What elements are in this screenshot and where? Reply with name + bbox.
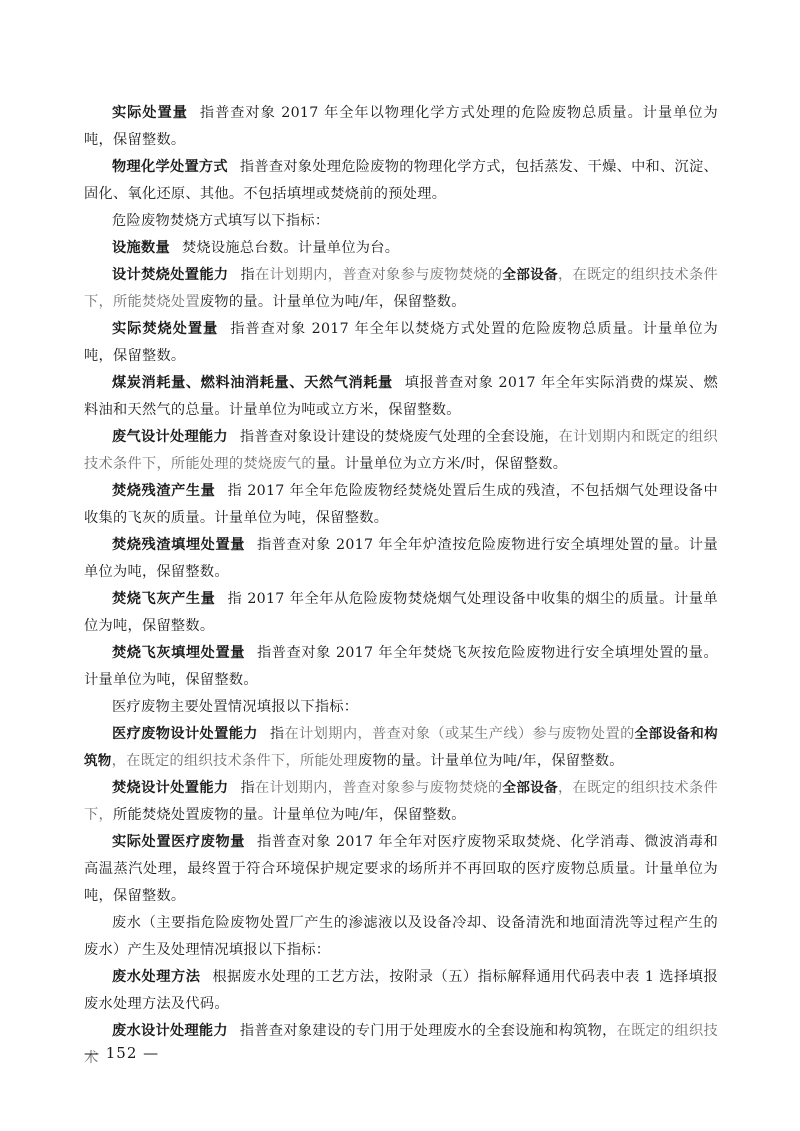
term-label: 医疗废物设计处置能力 <box>112 726 258 742</box>
term-label: 设计焚烧处置能力 <box>112 267 228 283</box>
text-segment: 焚烧设施总台数。计量单位为台。 <box>182 240 399 256</box>
definition-paragraph: 实际处置医疗废物量指普查对象 2017 年全年对医疗废物采取焚烧、化学消毒、微波… <box>84 829 718 910</box>
text-segment: 指普查对象建设的专门用于处理废水的全套设施和构筑物， <box>240 1023 617 1039</box>
text-segment: 指 <box>270 726 285 742</box>
term-label: 焚烧残渣填埋处置量 <box>112 537 245 553</box>
term-label: 物理化学处置方式 <box>112 159 228 175</box>
term-label: 实际处置医疗废物量 <box>112 834 245 850</box>
text-segment: 在计划期内，普查对象参与废物焚烧的 <box>255 267 502 283</box>
text-segment: 在计划期内，普查对象（或某生产线）参与废物处置的 <box>285 726 635 742</box>
document-body: 实际处置量指普查对象 2017 年全年以物理化学方式处理的危险废物总质量。计量单… <box>84 100 718 1072</box>
term-label: 实际焚烧处置量 <box>112 321 218 337</box>
section-intro: 危险废物焚烧方式填写以下指标： <box>84 208 718 235</box>
term-label: 废水处理方法 <box>112 969 200 985</box>
text-segment: 废物的量。计量单位为吨/年，保留整数。 <box>358 753 624 769</box>
text-segment: 指 <box>240 780 255 796</box>
text-segment: 指普查对象设计建设的焚烧废气处理的全套设施， <box>240 429 559 445</box>
text-segment: 废水（主要指危险废物处置厂产生的渗滤液以及设备冷却、设备清洗和地面清洗等过程产生… <box>84 915 718 958</box>
text-segment: 危险废物焚烧方式填写以下指标： <box>112 213 329 229</box>
definition-paragraph: 焚烧残渣产生量指 2017 年全年危险废物经焚烧处置后生成的残渣，不包括烟气处理… <box>84 478 718 532</box>
term-label: 焚烧飞灰产生量 <box>112 591 215 607</box>
definition-paragraph: 医疗废物设计处置能力指在计划期内，普查对象（或某生产线）参与废物处置的全部设备和… <box>84 721 718 775</box>
definition-paragraph: 焚烧飞灰填埋处置量指普查对象 2017 年全年焚烧飞灰按危险废物进行安全填埋处置… <box>84 640 718 694</box>
text-segment: 指 <box>240 267 255 283</box>
definition-paragraph: 设施数量焚烧设施总台数。计量单位为台。 <box>84 235 718 262</box>
term-label: 实际处置量 <box>112 105 188 121</box>
definition-paragraph: 焚烧残渣填埋处置量指普查对象 2017 年全年炉渣按危险废物进行安全填埋处置的量… <box>84 532 718 586</box>
definition-paragraph: 煤炭消耗量、燃料油消耗量、天然气消耗量填报普查对象 2017 年全年实际消费的煤… <box>84 370 718 424</box>
text-segment: 废物的量。计量单位为吨/年，保留整数。 <box>200 294 466 310</box>
section-intro: 废水（主要指危险废物处置厂产生的渗滤液以及设备冷却、设备清洗和地面清洗等过程产生… <box>84 910 718 964</box>
term-label: 废水设计处理能力 <box>112 1023 228 1039</box>
term-label: 煤炭消耗量、燃料油消耗量、天然气消耗量 <box>112 375 393 391</box>
text-segment: 在计划期内，普查对象参与废物焚烧的 <box>255 780 502 796</box>
term-label: 焚烧残渣产生量 <box>112 483 215 499</box>
text-segment: 所能焚烧处置废物的量。计量单位为吨/年，保留整数。 <box>113 807 466 823</box>
definition-paragraph: 焚烧飞灰产生量指 2017 年全年从危险废物焚烧烟气处理设备中收集的烟尘的质量。… <box>84 586 718 640</box>
term-label: 焚烧设计处置能力 <box>112 780 228 796</box>
definition-paragraph: 焚烧设计处置能力指在计划期内，普查对象参与废物焚烧的全部设备，在既定的组织技术条… <box>84 775 718 829</box>
definition-paragraph: 实际焚烧处置量指普查对象 2017 年全年以焚烧方式处置的危险废物总质量。计量单… <box>84 316 718 370</box>
term-label: 设施数量 <box>112 240 170 256</box>
definition-paragraph: 废气设计处理能力指普查对象设计建设的焚烧废气处理的全套设施，在计划期内和既定的组… <box>84 424 718 478</box>
section-intro: 医疗废物主要处置情况填报以下指标： <box>84 694 718 721</box>
page-number: — 152 — <box>84 1044 159 1062</box>
text-segment: 量。计量单位为立方米/时，保留整数。 <box>316 456 567 472</box>
term-label: 废气设计处理能力 <box>112 429 228 445</box>
definition-paragraph: 实际处置量指普查对象 2017 年全年以物理化学方式处理的危险废物总质量。计量单… <box>84 100 718 154</box>
text-segment: ，在既定的组织技术条件下，所能处理 <box>112 753 358 769</box>
term-label: 焚烧飞灰填埋处置量 <box>112 645 245 661</box>
definition-paragraph: 设计焚烧处置能力指在计划期内，普查对象参与废物焚烧的全部设备，在既定的组织技术条… <box>84 262 718 316</box>
text-segment: 全部设备 <box>502 780 557 796</box>
definition-paragraph: 废水设计处理能力指普查对象建设的专门用于处理废水的全套设施和构筑物，在既定的组织… <box>84 1018 718 1072</box>
definition-paragraph: 废水处理方法根据废水处理的工艺方法，按附录（五）指标解释通用代码表中表 1 选择… <box>84 964 718 1018</box>
text-segment: 全部设备 <box>502 267 557 283</box>
text-segment: 医疗废物主要处置情况填报以下指标： <box>112 699 358 715</box>
definition-paragraph: 物理化学处置方式指普查对象处理危险废物的物理化学方式，包括蒸发、干燥、中和、沉淀… <box>84 154 718 208</box>
